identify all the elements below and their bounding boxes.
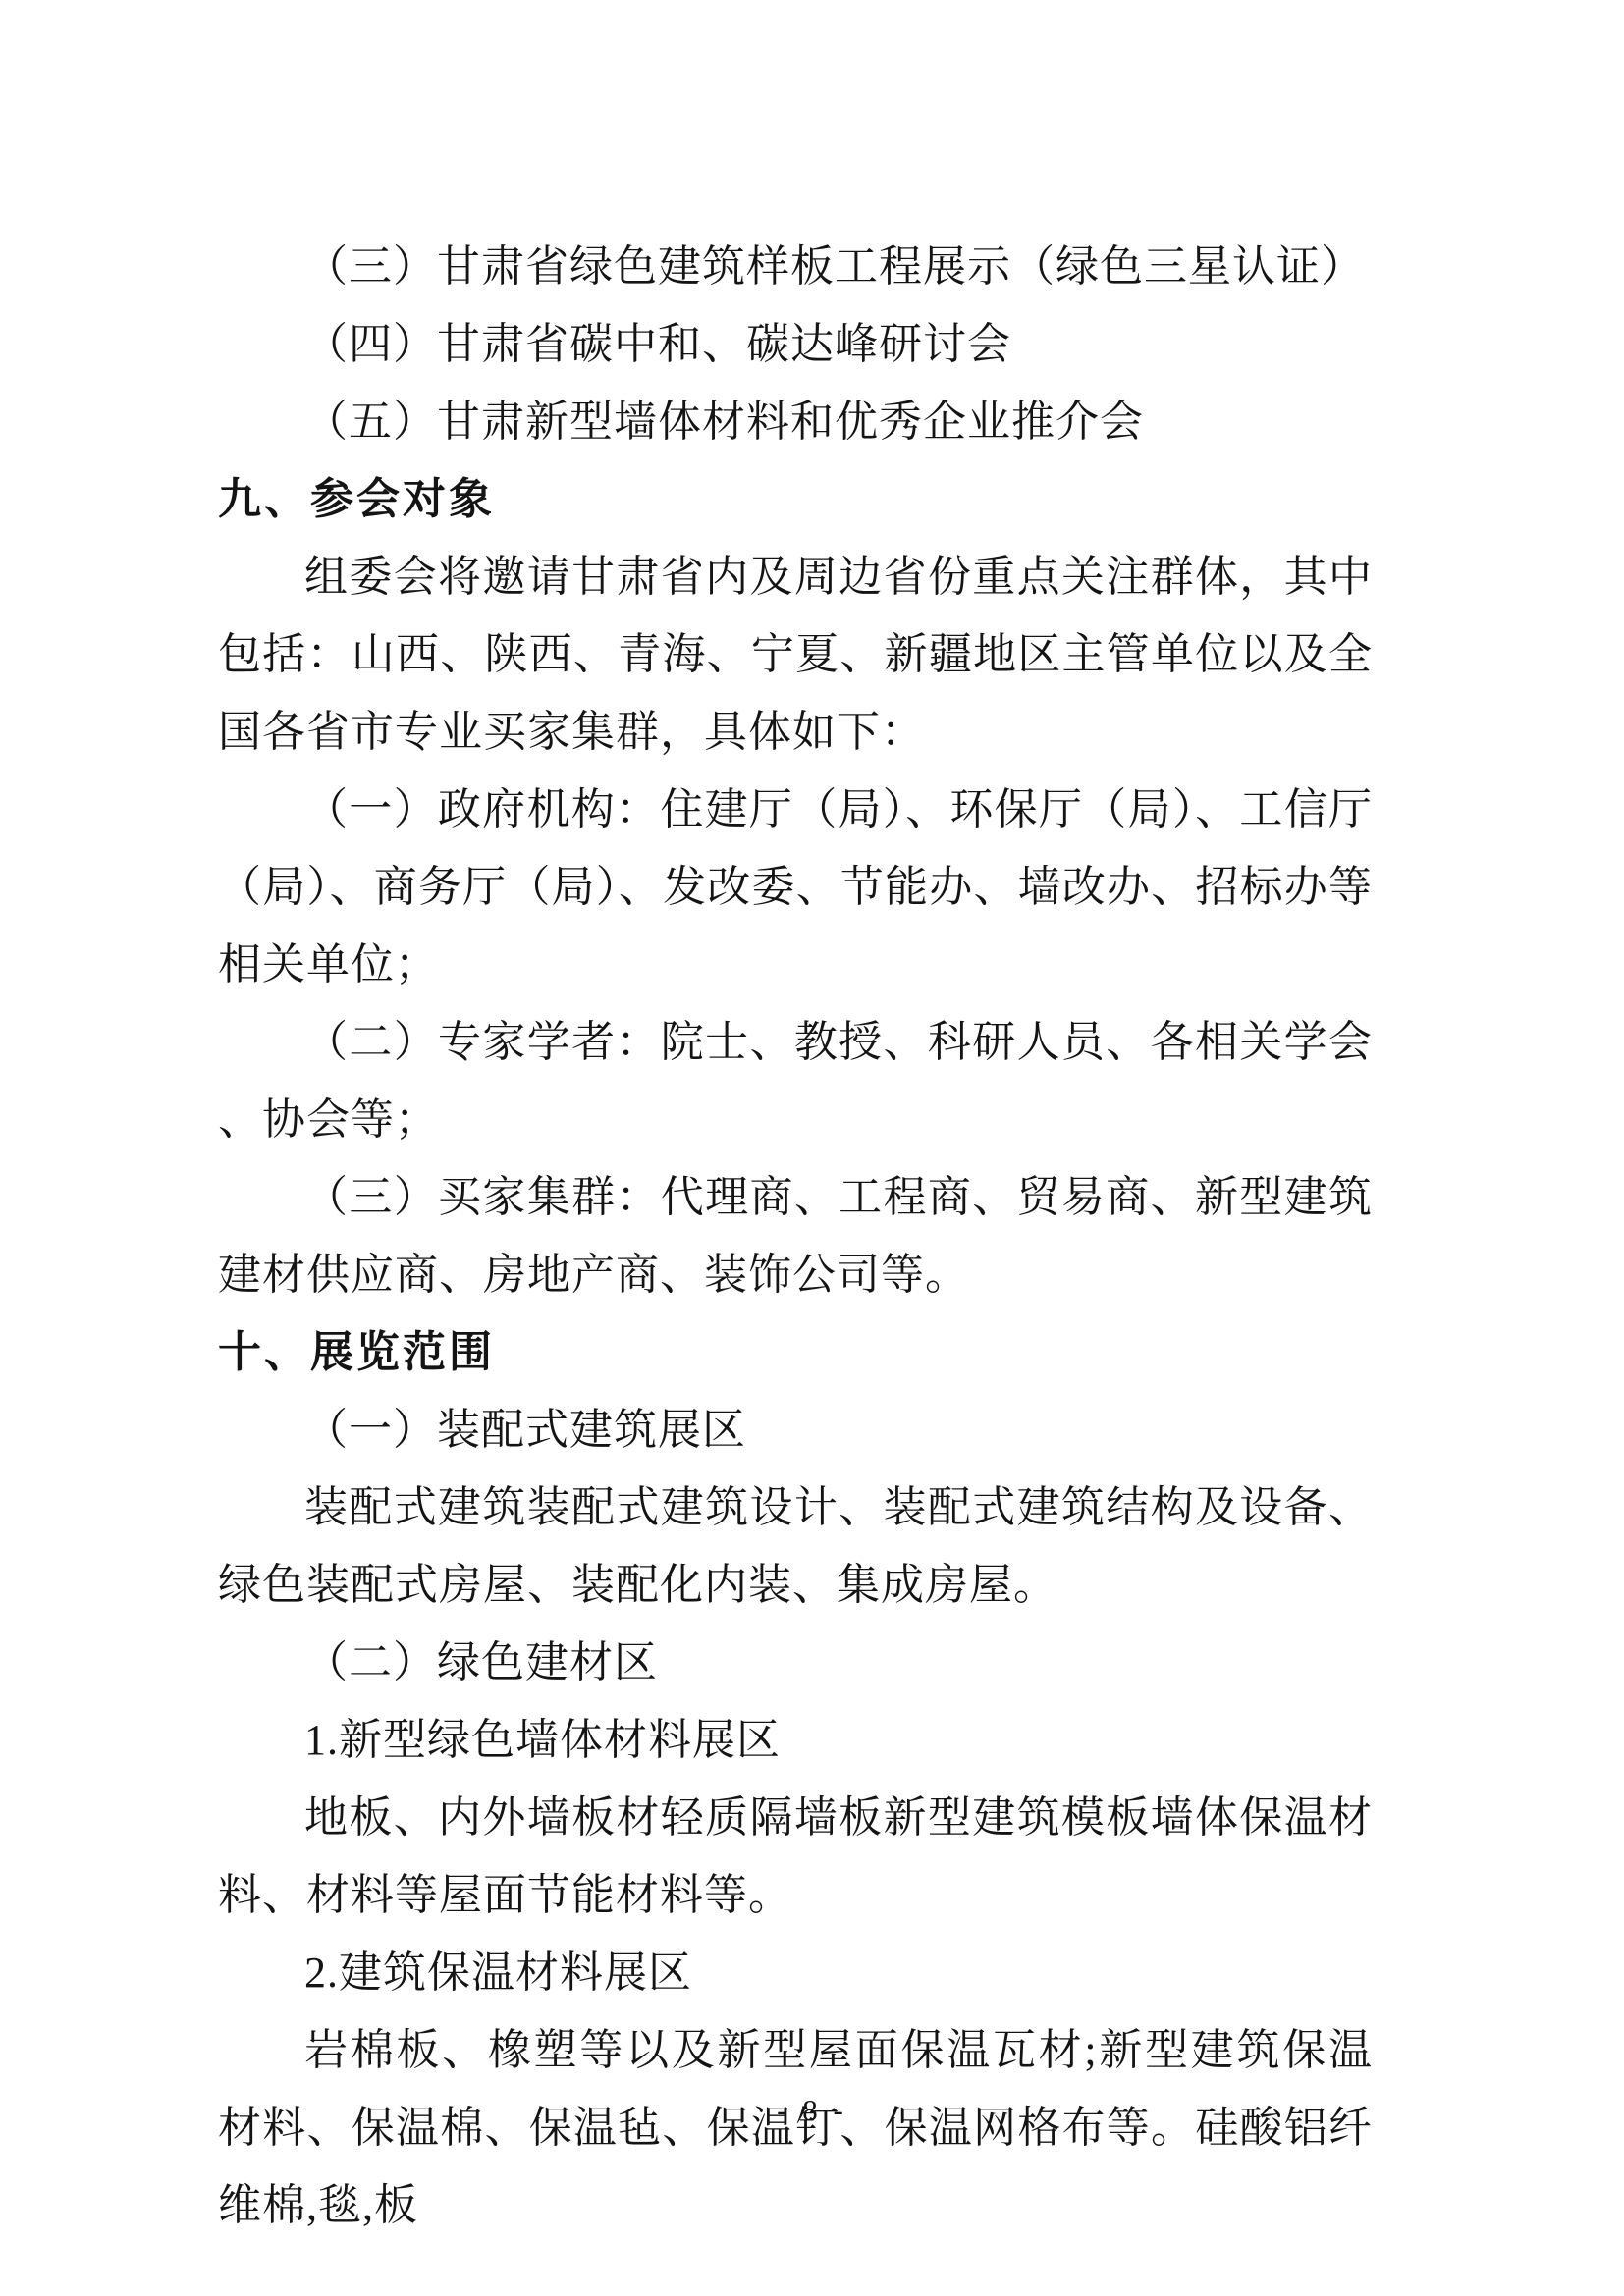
paragraph: 组委会将邀请甘肃省内及周边省份重点关注群体，其中包括：山西、陕西、青海、宁夏、新… bbox=[218, 538, 1373, 771]
paragraph: 装配式建筑装配式建筑设计、装配式建筑结构及设备、绿色装配式房屋、装配化内装、集成… bbox=[218, 1468, 1373, 1624]
section-heading: 十、展览范围 bbox=[218, 1313, 1373, 1391]
paragraph: （四）甘肃省碳中和、碳达峰研讨会 bbox=[218, 305, 1373, 383]
section-heading: 九、参会对象 bbox=[218, 460, 1373, 538]
document-page: （三）甘肃省绿色建筑样板工程展示（绿色三星认证）（四）甘肃省碳中和、碳达峰研讨会… bbox=[0, 0, 1624, 2296]
paragraph: （三）甘肃省绿色建筑样板工程展示（绿色三星认证） bbox=[218, 228, 1373, 305]
paragraph: （二）绿色建材区 bbox=[218, 1624, 1373, 1701]
document-body: （三）甘肃省绿色建筑样板工程展示（绿色三星认证）（四）甘肃省碳中和、碳达峰研讨会… bbox=[218, 228, 1373, 2244]
paragraph: （一）政府机构：住建厅（局）、环保厅（局）、工信厅（局）、商务厅（局）、发改委、… bbox=[218, 771, 1373, 1003]
paragraph: 2.建筑保温材料展区 bbox=[218, 1934, 1373, 2011]
paragraph: （三）买家集群：代理商、工程商、贸易商、新型建筑建材供应商、房地产商、装饰公司等… bbox=[218, 1158, 1373, 1313]
page-number: - 8 - bbox=[0, 2093, 1624, 2128]
paragraph: 1.新型绿色墙体材料展区 bbox=[218, 1701, 1373, 1779]
paragraph: 地板、内外墙板材轻质隔墙板新型建筑模板墙体保温材料、材料等屋面节能材料等。 bbox=[218, 1779, 1373, 1934]
paragraph: （一）装配式建筑展区 bbox=[218, 1391, 1373, 1468]
paragraph: （五）甘肃新型墙体材料和优秀企业推介会 bbox=[218, 383, 1373, 460]
paragraph: （二）专家学者：院士、教授、科研人员、各相关学会、协会等； bbox=[218, 1003, 1373, 1158]
